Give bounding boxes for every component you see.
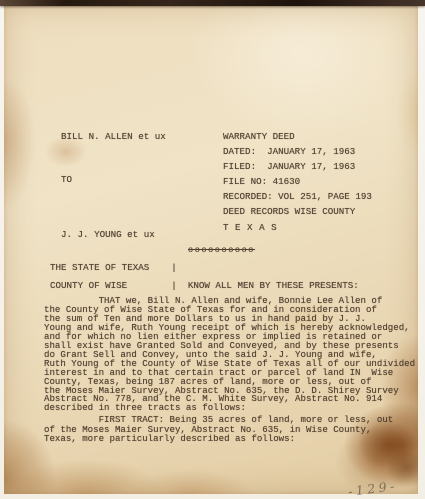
first-tract-clause: FIRST TRACT: Being 35 acres of land, mor…	[44, 415, 393, 444]
scanned-deed-page: BILL N. ALLEN et ux TO J. J. YOUNG et ux…	[0, 0, 425, 499]
state-name-line: T E X A S	[223, 223, 277, 233]
deed-paper: BILL N. ALLEN et ux TO J. J. YOUNG et ux…	[4, 5, 418, 494]
instrument-title: WARRANTY DEED	[223, 132, 295, 142]
county-caption: COUNTY OF WISE | KNOW ALL MEN BY THESE P…	[50, 281, 359, 291]
dated-line: DATED: JANUARY 17, 1963	[223, 147, 355, 157]
filed-line: FILED: JANUARY 17, 1963	[223, 162, 355, 172]
state-caption: THE STATE OF TEXAS |	[50, 263, 177, 273]
page-number-handwritten: -129-	[347, 478, 398, 499]
photo-top-edge	[0, 0, 425, 6]
grantee-name: J. J. YOUNG et ux	[61, 230, 155, 240]
divider-ornament: oooooooooo	[188, 245, 255, 255]
to-label: TO	[61, 175, 72, 185]
recorded-line: RECORDED: VOL 251, PAGE 193	[223, 192, 372, 202]
file-no-line: FILE NO: 41630	[223, 177, 300, 187]
grantor-name: BILL N. ALLEN et ux	[61, 132, 166, 142]
records-line: DEED RECORDS WISE COUNTY	[223, 207, 355, 217]
granting-clause: THAT we, Bill N. Allen and wife, Bonnie …	[44, 297, 415, 413]
